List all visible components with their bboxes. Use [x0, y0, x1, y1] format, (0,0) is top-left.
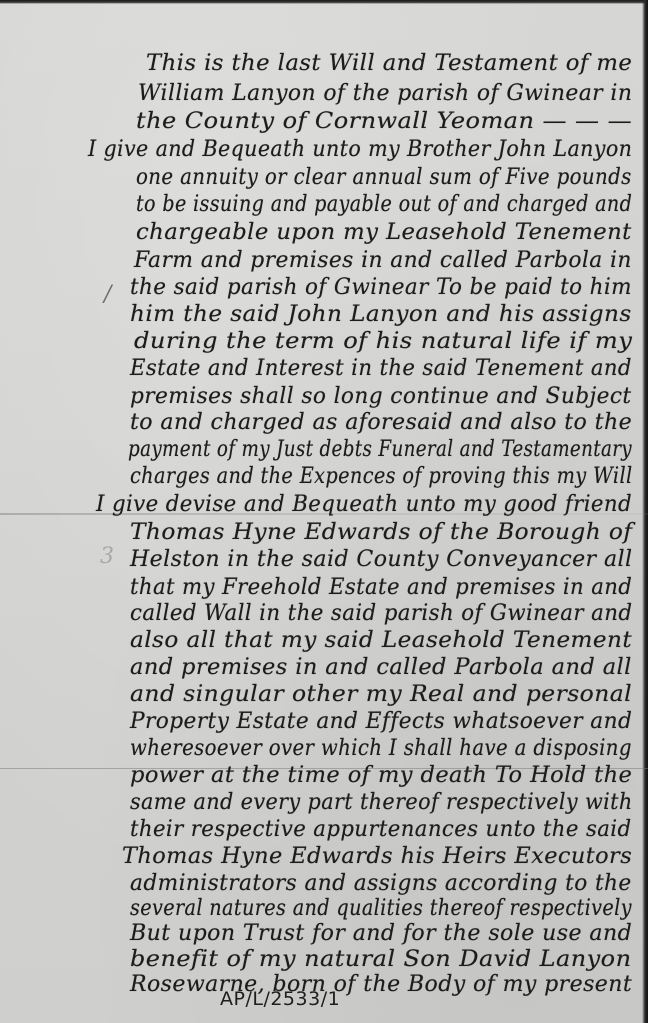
manuscript-line: him the said John Lanyon and his assigns: [130, 304, 632, 326]
manuscript-line: benefit of my natural Son David Lanyon: [130, 949, 631, 971]
manuscript-line: to be issuing and payable out of and cha…: [136, 194, 632, 216]
manuscript-line: one annuity or clear annual sum of Five …: [136, 167, 632, 189]
manuscript-line: Rosewarne, born of the Body of my presen…: [130, 974, 632, 996]
document-scan: This is the last Will and Testament of m…: [0, 0, 648, 1023]
manuscript-line: But upon Trust for and for the sole use …: [130, 923, 632, 945]
manuscript-line: Helston in the said County Conveyancer a…: [130, 549, 632, 571]
manuscript-line: William Lanyon of the parish of Gwinear …: [138, 83, 632, 105]
manuscript-line: several natures and qualities thereof re…: [130, 898, 632, 920]
manuscript-line: charges and the Expences of proving this…: [130, 466, 633, 488]
manuscript-line: wheresoever over which I shall have a di…: [130, 738, 632, 760]
manuscript-line: Thomas Hyne Edwards his Heirs Executors: [122, 846, 632, 868]
manuscript-line: to and charged as aforesaid and also to …: [130, 412, 632, 434]
manuscript-line: premises shall so long continue and Subj…: [130, 386, 632, 408]
manuscript-line: power at the time of my death To Hold th…: [130, 765, 632, 787]
page-top-edge: [0, 0, 648, 4]
manuscript-line: also all that my said Leasehold Tenement: [130, 630, 632, 652]
manuscript-line: Farm and premises in and called Parbola …: [134, 250, 632, 272]
catalogue-reference: AP/L/2533/1: [220, 988, 340, 1010]
manuscript-line: I give devise and Bequeath unto my good …: [96, 494, 632, 516]
manuscript-line: payment of my Just debts Funeral and Tes…: [128, 439, 632, 461]
manuscript-line: called Wall in the said parish of Gwinea…: [130, 603, 632, 625]
manuscript-line: chargeable upon my Leasehold Tenement: [136, 222, 632, 244]
margin-mark: /: [104, 284, 111, 306]
manuscript-line: that my Freehold Estate and premises in …: [130, 577, 632, 599]
manuscript-line: Estate and Interest in the said Tenement…: [130, 358, 632, 380]
manuscript-line: and singular other my Real and personal: [130, 684, 632, 706]
manuscript-line: during the term of his natural life if m…: [134, 331, 632, 353]
manuscript-line: the said parish of Gwinear To be paid to…: [130, 277, 632, 299]
manuscript-line: their respective appurtenances unto the …: [130, 819, 631, 841]
manuscript-line: administrators and assigns according to …: [130, 873, 632, 895]
manuscript-line: same and every part thereof respectively…: [130, 792, 633, 814]
manuscript-line: Thomas Hyne Edwards of the Borough of: [130, 522, 632, 544]
manuscript-line: Property Estate and Effects whatsoever a…: [130, 711, 632, 733]
manuscript-line: the County of Cornwall Yeoman — — —: [136, 111, 632, 133]
manuscript-line: I give and Bequeath unto my Brother John…: [88, 139, 632, 161]
page-right-edge: [642, 0, 648, 1023]
manuscript-line: This is the last Will and Testament of m…: [146, 53, 632, 75]
manuscript-line: and premises in and called Parbola and a…: [130, 657, 632, 679]
margin-mark: 3: [100, 546, 114, 568]
